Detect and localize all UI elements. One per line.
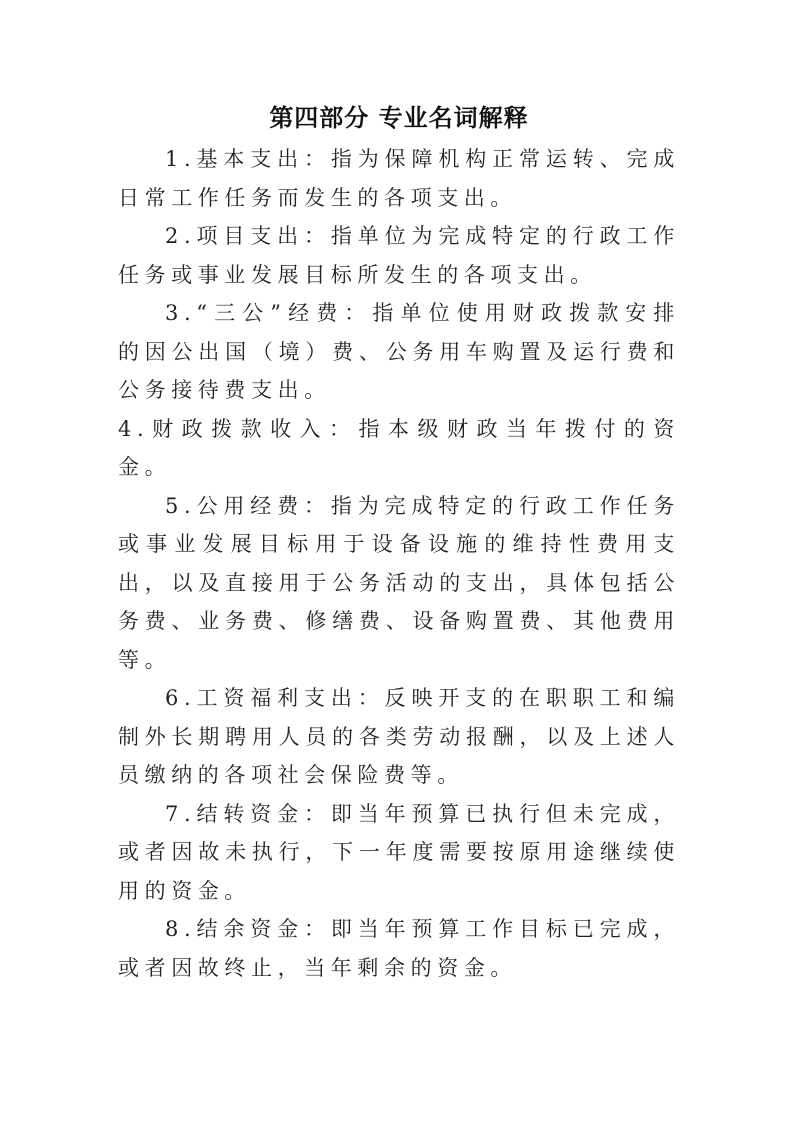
page-title: 第四部分 专业名词解释 <box>118 100 680 136</box>
definition-carryover-funds: 7.结转资金：即当年预算已执行但未完成，或者因故未执行，下一年度需要按原用途继续… <box>118 795 680 911</box>
document-page: 第四部分 专业名词解释 1.基本支出：指为保障机构正常运转、完成日常工作任务而发… <box>118 100 680 987</box>
definition-basic-expenditure: 1.基本支出：指为保障机构正常运转、完成日常工作任务而发生的各项支出。 <box>118 140 680 217</box>
definition-surplus-funds: 8.结余资金：即当年预算工作目标已完成，或者因故终止，当年剩余的资金。 <box>118 910 680 987</box>
definition-salary-welfare-expenditure: 6.工资福利支出：反映开支的在职职工和编制外长期聘用人员的各类劳动报酬，以及上述… <box>118 679 680 795</box>
definition-fiscal-appropriation-income: 4.财政拨款收入：指本级财政当年拨付的资金。 <box>118 410 680 487</box>
definition-public-expenses: 5.公用经费：指为完成特定的行政工作任务或事业发展目标用于设备设施的维持性费用支… <box>118 487 680 680</box>
definition-project-expenditure: 2.项目支出：指单位为完成特定的行政工作任务或事业发展目标所发生的各项支出。 <box>118 217 680 294</box>
definition-three-public-expenses: 3.“三公”经费：指单位使用财政拨款安排的因公出国（境）费、公务用车购置及运行费… <box>118 294 680 410</box>
